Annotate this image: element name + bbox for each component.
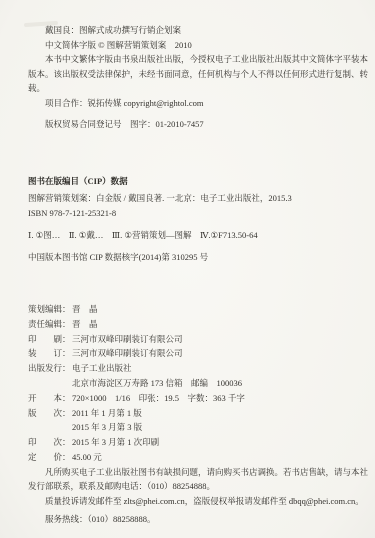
copyright-notice-block: 戴国良：图解式成功撰写行销企划案 中文简体字版 © 图解营销策划案 2010 本… (28, 23, 351, 132)
imprint-row-printing: 印 刷： 三河市双峰印刷装订有限公司 (28, 332, 351, 347)
imprint-value: 三河市双峰印刷装订有限公司 (72, 332, 183, 347)
imprint-label: 出版发行： (28, 361, 72, 376)
cip-record-line: 图解营销策划案：白金版 / 戴国良著. 一北京：电子工业出版社，2015.3 (28, 191, 351, 206)
imprint-label: 装 订： (28, 346, 72, 361)
imprint-label: 定 价： (28, 450, 72, 465)
exchange-notice-line: 凡所购买电子工业出版社图书有缺损问题，请向购买书店调换。若书店售缺，请与本社 (28, 465, 351, 480)
imprint-row-edition-continued: 2015 年 3 月第 3 版 (28, 420, 351, 435)
cip-classification-line: Ⅰ. ①图… Ⅱ. ①戴… Ⅲ. ①营销策划—图解 Ⅳ.①F713.50-64 (28, 228, 351, 243)
exchange-notice-line: 发行部联系，联系及邮购电话：（010）88254888。 (28, 479, 351, 494)
imprint-value: 电子工业出版社 (72, 361, 132, 376)
cip-heading: 图书在版编目（CIP）数据 (28, 174, 351, 189)
imprint-row-printing-run: 印 次： 2015 年 3 月第 1 次印刷 (28, 435, 351, 450)
registration-number-line: 版权贸易合同登记号 图字：01-2010-7457 (28, 117, 351, 132)
imprint-value: 2015 年 3 月第 3 版 (72, 420, 142, 435)
imprint-label: 责任编辑： (28, 317, 72, 332)
service-hotline-line: 服务热线：（010）88258888。 (28, 512, 351, 527)
imprint-value: 三河市双峰印刷装订有限公司 (72, 346, 183, 361)
original-title-line: 戴国良：图解式成功撰写行销企划案 (28, 23, 351, 38)
imprint-value: 晋 晶 (72, 302, 98, 317)
imprint-row-price: 定 价： 45.00 元 (28, 450, 351, 465)
imprint-label: 策划编辑： (28, 302, 72, 317)
imprint-row-planning-editor: 策划编辑： 晋 晶 (28, 302, 351, 317)
imprint-value: 45.00 元 (72, 450, 102, 465)
imprint-block: 策划编辑： 晋 晶 责任编辑： 晋 晶 印 刷： 三河市双峰印刷装订有限公司 装… (28, 302, 351, 465)
service-notes-block: 凡所购买电子工业出版社图书有缺损问题，请向购买书店调换。若书店售缺，请与本社 发… (28, 465, 351, 527)
cip-registry-line: 中国版本图书馆 CIP 数据核字(2014)第 310295 号 (28, 250, 351, 265)
imprint-label (28, 420, 72, 435)
imprint-row-publisher-address: 北京市海淀区万寿路 173 信箱 邮编 100036 (28, 376, 351, 391)
edition-copyright-line: 中文简体字版 © 图解营销策划案 2010 (28, 38, 351, 53)
license-line: 版本。该出版权受法律保护，未经书面同意，任何机构与个人不得以任何形式进行复制、转 (28, 67, 351, 82)
license-paragraph: 本书中文繁体字版由书泉出版社出版，今授权电子工业出版社出版其中文简体字平装本 版… (28, 52, 351, 96)
isbn-line: ISBN 978-7-121-25321-8 (28, 206, 351, 221)
imprint-value: 北京市海淀区万寿路 173 信箱 邮编 100036 (72, 376, 242, 391)
imprint-value: 720×1000 1/16 印张：19.5 字数：363 千字 (72, 391, 245, 406)
imprint-row-edition: 版 次： 2011 年 1 月第 1 版 (28, 406, 351, 421)
license-line: 载。 (28, 81, 351, 96)
book-copyright-page: 戴国良：图解式成功撰写行销企划案 中文简体字版 © 图解营销策划案 2010 本… (0, 0, 375, 538)
imprint-label: 印 次： (28, 435, 72, 450)
imprint-value: 晋 晶 (72, 317, 98, 332)
cooperation-line: 项目合作：锐拓传媒 copyright@rightol.com (28, 96, 351, 111)
complaint-email-line: 质量投诉请发邮件至 zlts@phei.com.cn，盗版侵权举报请发邮件至 d… (28, 494, 351, 509)
imprint-row-publisher: 出版发行： 电子工业出版社 (28, 361, 351, 376)
imprint-row-format: 开 本： 720×1000 1/16 印张：19.5 字数：363 千字 (28, 391, 351, 406)
imprint-label: 印 刷： (28, 332, 72, 347)
license-line: 本书中文繁体字版由书泉出版社出版，今授权电子工业出版社出版其中文简体字平装本 (28, 52, 351, 67)
exchange-notice-paragraph: 凡所购买电子工业出版社图书有缺损问题，请向购买书店调换。若书店售缺，请与本社 发… (28, 465, 351, 494)
cip-data-block: 图书在版编目（CIP）数据 图解营销策划案：白金版 / 戴国良著. 一北京：电子… (28, 174, 351, 265)
imprint-label: 版 次： (28, 406, 72, 421)
imprint-row-binding: 装 订： 三河市双峰印刷装订有限公司 (28, 346, 351, 361)
imprint-value: 2015 年 3 月第 1 次印刷 (72, 435, 159, 450)
imprint-row-responsible-editor: 责任编辑： 晋 晶 (28, 317, 351, 332)
imprint-label (28, 376, 72, 391)
imprint-label: 开 本： (28, 391, 72, 406)
imprint-value: 2011 年 1 月第 1 版 (72, 406, 142, 421)
